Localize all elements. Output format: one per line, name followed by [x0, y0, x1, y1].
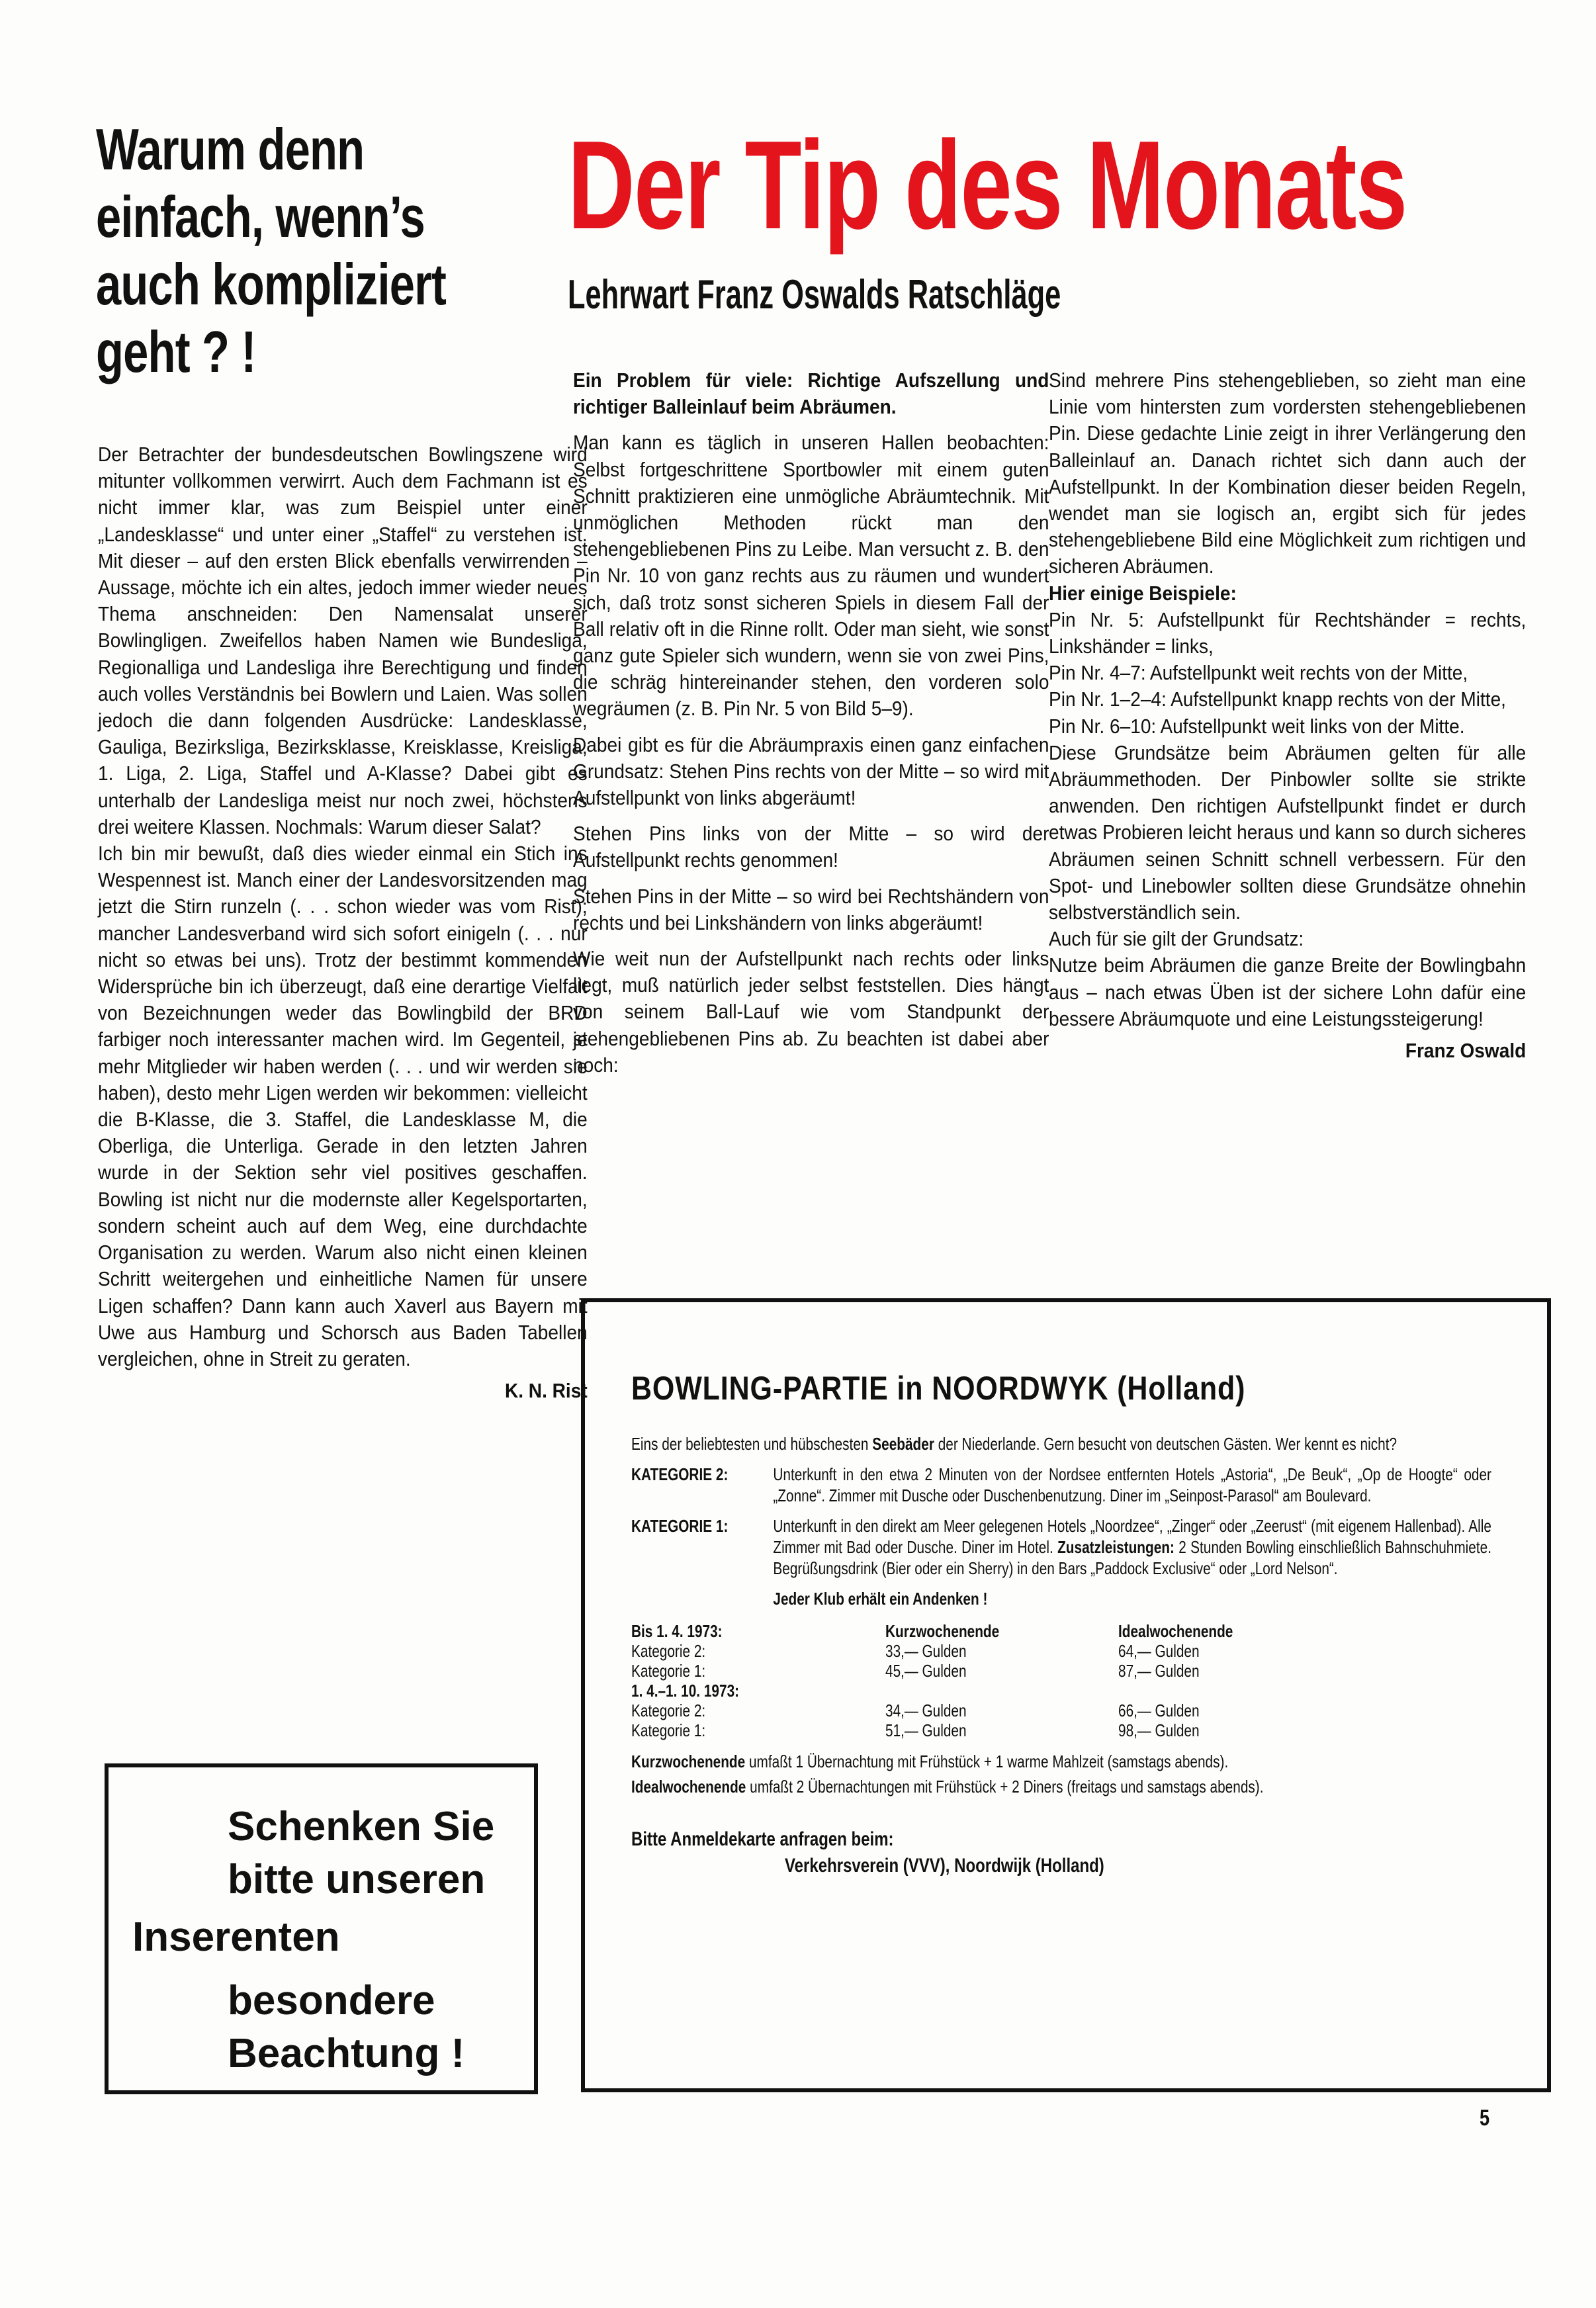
example-item: Pin Nr. 6–10: Aufstellpunkt weit links v… — [1049, 713, 1526, 740]
paragraph: Stehen Pins in der Mitte – so wird bei R… — [573, 883, 1049, 936]
category-label: KATEGORIE 1: — [631, 1515, 773, 1579]
price-cell: 66,— Gulden — [1118, 1701, 1330, 1720]
example-item: Pin Nr. 1–2–4: Aufstellpunkt knapp recht… — [1049, 686, 1526, 713]
tip-subtitle: Lehrwart Franz Oswalds Ratschläge — [568, 271, 1061, 318]
tip-column-1: Ein Problem für viele: Richtige Aufszell… — [573, 367, 1049, 1079]
price-cell: 64,— Gulden — [1118, 1641, 1330, 1661]
headline-line: geht ? ! — [96, 318, 572, 386]
principle-intro: Auch für sie gilt der Grundsatz: — [1049, 926, 1526, 952]
note: Kurzwochenende umfaßt 1 Übernachtung mit… — [631, 1751, 1491, 1772]
ad-body: Eins der beliebtesten und hübschesten Se… — [631, 1433, 1491, 1879]
price-cell: 87,— Gulden — [1118, 1661, 1330, 1681]
price-category: Kategorie 2: — [631, 1701, 885, 1720]
left-article-headline: Warum denn einfach, wenn’s auch komplizi… — [96, 116, 572, 386]
paragraph: Dabei gibt es für die Abräumpraxis einen… — [573, 732, 1049, 812]
package-notes: Kurzwochenende umfaßt 1 Übernachtung mit… — [631, 1751, 1491, 1797]
headline-line: Warum denn — [96, 116, 572, 183]
paragraph: Man kann es täglich in unseren Hallen be… — [573, 429, 1049, 722]
noordwyk-ad-box: BOWLING-PARTIE in NOORDWYK (Holland) Ein… — [581, 1298, 1551, 2092]
period-label: Bis 1. 4. 1973: — [631, 1621, 885, 1641]
noordwyk-ad-content: BOWLING-PARTIE in NOORDWYK (Holland) Ein… — [631, 1368, 1491, 1879]
paragraph: Wie weit nun der Aufstellpunkt nach rech… — [573, 946, 1049, 1079]
price-cell: 33,— Gulden — [885, 1641, 1118, 1661]
example-item: Pin Nr. 5: Aufstellpunkt für Rechtshände… — [1049, 607, 1526, 660]
category-label: KATEGORIE 2: — [631, 1464, 773, 1506]
paragraph: Der Betrachter der bundesdeutschen Bowli… — [98, 441, 588, 840]
tip-column-2: Sind mehrere Pins stehengeblieben, so zi… — [1049, 367, 1526, 1064]
paragraph: Ich bin mir bewußt, daß dies wieder einm… — [98, 840, 588, 1372]
price-cell: 51,— Gulden — [885, 1720, 1118, 1740]
price-category: Kategorie 1: — [631, 1661, 885, 1681]
souvenir-note: Jeder Klub erhält ein Andenken ! — [773, 1588, 1491, 1609]
paragraph: Diese Grundsätze beim Abräumen gelten fü… — [1049, 740, 1526, 926]
paragraph: Stehen Pins links von der Mitte – so wir… — [573, 821, 1049, 873]
left-article-body: Der Betrachter der bundesdeutschen Bowli… — [98, 441, 588, 1404]
principle: Nutze beim Abräumen die ganze Breite der… — [1049, 952, 1526, 1032]
ad-intro: Eins der beliebtesten und hübschesten Se… — [631, 1433, 1491, 1454]
notice-line: Schenken Sie — [228, 1804, 494, 1850]
tip-title: Der Tip des Monats — [568, 119, 1407, 251]
author-signature: K. N. Rist — [98, 1378, 588, 1404]
advertiser-notice-box: Schenken Sie bitte unseren Inserenten be… — [105, 1763, 538, 2094]
note: Idealwochenende umfaßt 2 Übernachtungen … — [631, 1776, 1491, 1797]
notice-line: Beachtung ! — [228, 2031, 465, 2077]
category-text: Unterkunft in den direkt am Meer gelegen… — [773, 1515, 1491, 1579]
price-category: Kategorie 2: — [631, 1641, 885, 1661]
price-table: Bis 1. 4. 1973: Kurzwochenende Idealwoch… — [631, 1621, 1491, 1740]
price-cell: 45,— Gulden — [885, 1661, 1118, 1681]
lead-paragraph: Ein Problem für viele: Richtige Aufszell… — [573, 367, 1049, 420]
column-header: Kurzwochenende — [885, 1621, 1118, 1641]
headline-line: einfach, wenn’s — [96, 183, 572, 251]
price-cell: 98,— Gulden — [1118, 1720, 1330, 1740]
page-number: 5 — [1480, 2106, 1489, 2131]
registration-request: Bitte Anmeldekarte anfragen beim: Verkeh… — [631, 1826, 1491, 1879]
notice-line: bitte unseren — [228, 1857, 485, 1903]
author-signature: Franz Oswald — [1049, 1038, 1526, 1064]
request-address: Verkehrsverein (VVV), Noordwijk (Holland… — [631, 1853, 1491, 1879]
category-2: KATEGORIE 2: Unterkunft in den etwa 2 Mi… — [631, 1464, 1491, 1506]
headline-line: auch kompliziert — [96, 251, 572, 318]
ad-title: BOWLING-PARTIE in NOORDWYK (Holland) — [631, 1368, 1371, 1408]
period-label: 1. 4.–1. 10. 1973: — [631, 1681, 885, 1701]
price-category: Kategorie 1: — [631, 1720, 885, 1740]
notice-line: Inserenten — [132, 1914, 340, 1961]
category-text: Unterkunft in den etwa 2 Minuten von der… — [773, 1464, 1491, 1506]
paragraph: Sind mehrere Pins stehengeblieben, so zi… — [1049, 367, 1526, 580]
request-line: Bitte Anmeldekarte anfragen beim: — [631, 1826, 1491, 1853]
price-cell: 34,— Gulden — [885, 1701, 1118, 1720]
notice-line: besondere — [228, 1978, 435, 2024]
category-1: KATEGORIE 1: Unterkunft in den direkt am… — [631, 1515, 1491, 1579]
example-item: Pin Nr. 4–7: Aufstellpunkt weit rechts v… — [1049, 660, 1526, 686]
examples-heading: Hier einige Beispiele: — [1049, 580, 1526, 607]
column-header: Idealwochenende — [1118, 1621, 1330, 1641]
